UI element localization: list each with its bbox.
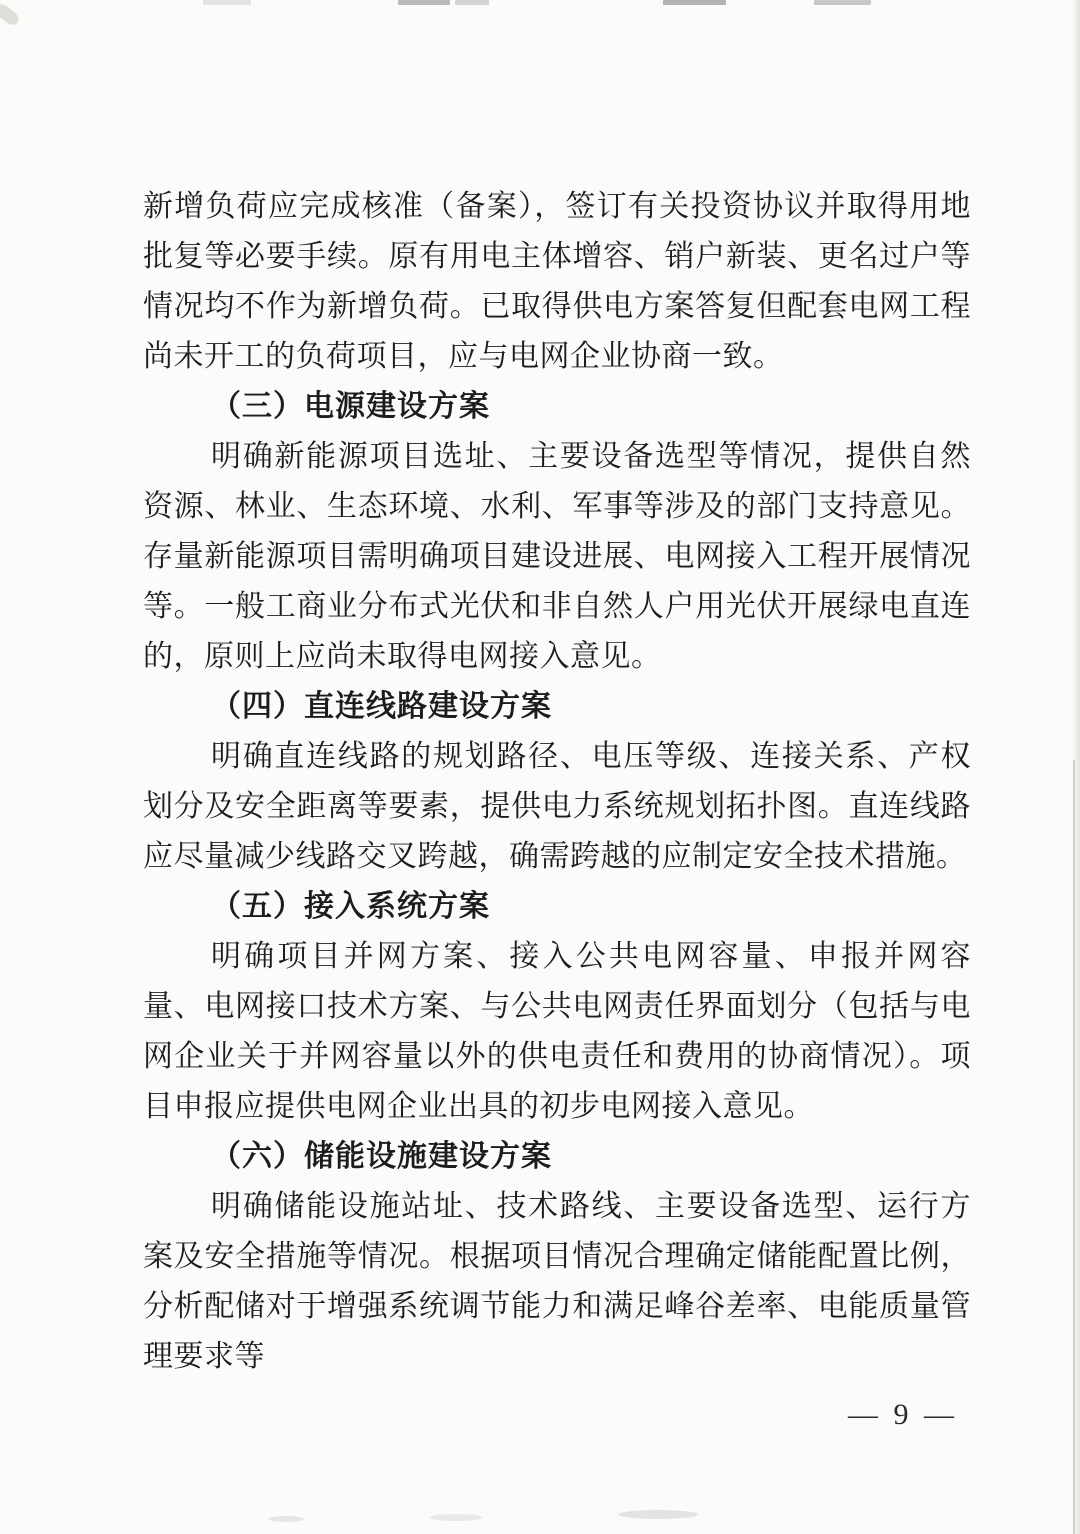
page-number: — 9 —: [848, 1398, 958, 1432]
section-heading: （四）直连线路建设方案: [143, 682, 971, 732]
scan-artifact-right-edge-line: [1073, 760, 1075, 1534]
section-heading: （六）储能设施建设方案: [143, 1132, 971, 1182]
paragraph: 明确直连线路的规划路径、电压等级、连接关系、产权划分及安全距离等要素，提供电力系…: [143, 732, 971, 882]
paragraph: 新增负荷应完成核准（备案），签订有关投资协议并取得用地批复等必要手续。原有用电主…: [143, 182, 971, 382]
section-heading: （五）接入系统方案: [143, 882, 971, 932]
paragraph: 明确储能设施站址、技术路线、主要设备选型、运行方案及安全措施等情况。根据项目情况…: [143, 1182, 971, 1382]
paragraph: 明确项目并网方案、接入公共电网容量、申报并网容量、电网接口技术方案、与公共电网责…: [143, 932, 971, 1132]
scan-artifact-top-smudge: [203, 0, 251, 5]
scan-artifact-bottom-smear: [618, 1510, 698, 1519]
scan-artifact-bottom-smear: [430, 1514, 482, 1521]
scan-artifact-corner-mark: [0, 1, 21, 27]
document-body: 新增负荷应完成核准（备案），签订有关投资协议并取得用地批复等必要手续。原有用电主…: [143, 182, 971, 1382]
scan-artifact-top-smudge: [455, 0, 489, 5]
scan-artifact-top-smudge: [398, 0, 450, 5]
scan-artifact-bottom-smear: [268, 1516, 304, 1522]
scan-artifact-top-smudge: [663, 0, 726, 5]
scan-artifact-right-edge-shadow: [1072, 0, 1080, 1534]
scan-artifact-top-smudge: [814, 0, 871, 5]
scanned-document-page: 新增负荷应完成核准（备案），签订有关投资协议并取得用地批复等必要手续。原有用电主…: [0, 0, 1080, 1534]
section-heading: （三）电源建设方案: [143, 382, 971, 432]
paragraph: 明确新能源项目选址、主要设备选型等情况，提供自然资源、林业、生态环境、水利、军事…: [143, 432, 971, 682]
